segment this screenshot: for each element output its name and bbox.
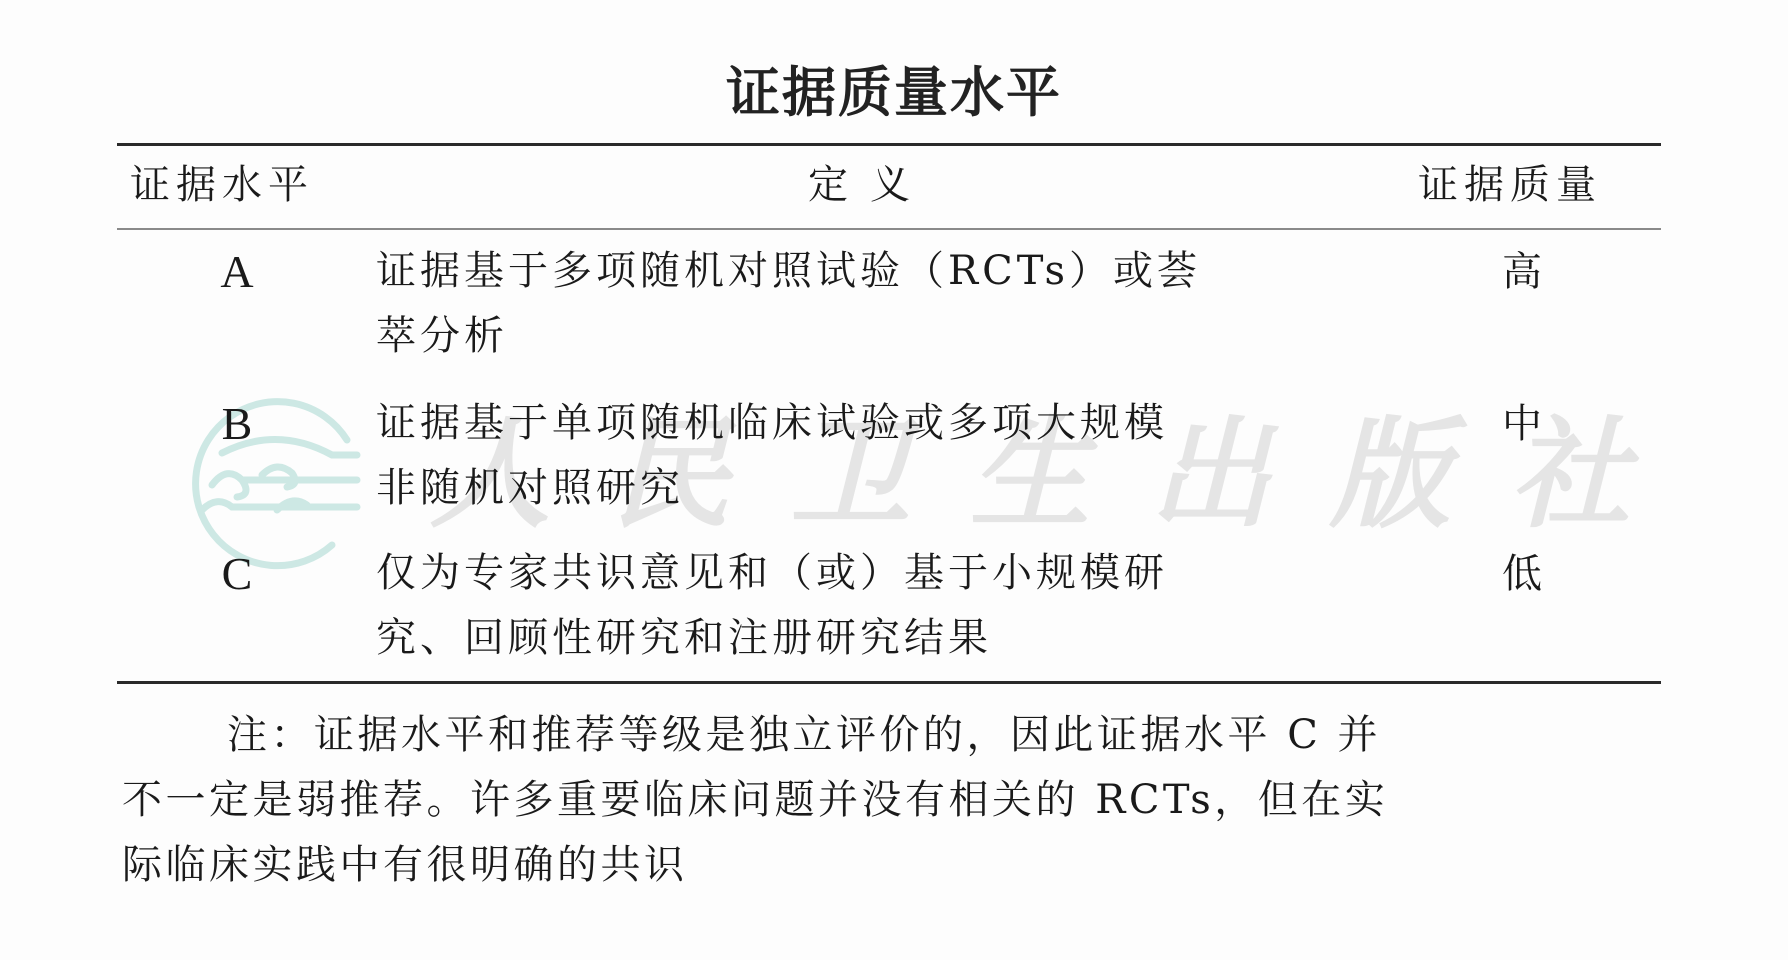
- evidence-quality-cell: 低: [1472, 549, 1572, 599]
- table-top-rule: [117, 143, 1661, 146]
- note-line: 注：证据水平和推荐等级是独立评价的，因此证据水平 C 并: [122, 703, 1662, 768]
- definition-line: 仅为专家共识意见和（或）基于小规模研: [376, 541, 1376, 606]
- definition-cell: 仅为专家共识意见和（或）基于小规模研 究、回顾性研究和注册研究结果: [376, 541, 1376, 671]
- column-header-evidence-quality: 证据质量: [1418, 160, 1602, 210]
- note-line: 不一定是弱推荐。许多重要临床问题并没有相关的 RCTs，但在实: [122, 768, 1662, 833]
- evidence-quality-cell: 中: [1472, 399, 1572, 449]
- evidence-level-cell: B: [187, 399, 287, 449]
- definition-line: 非随机对照研究: [376, 456, 1376, 521]
- definition-line: 证据基于多项随机对照试验（RCTs）或荟: [376, 239, 1376, 304]
- definition-line: 萃分析: [376, 304, 1376, 369]
- evidence-level-cell: C: [187, 549, 287, 599]
- definition-cell: 证据基于单项随机临床试验或多项大规模 非随机对照研究: [376, 391, 1376, 521]
- evidence-quality-cell: 高: [1472, 247, 1572, 297]
- definition-line: 证据基于单项随机临床试验或多项大规模: [376, 391, 1376, 456]
- table-note: 注：证据水平和推荐等级是独立评价的，因此证据水平 C 并 不一定是弱推荐。许多重…: [122, 703, 1662, 898]
- note-line: 际临床实践中有很明确的共识: [122, 833, 1662, 898]
- definition-line: 究、回顾性研究和注册研究结果: [376, 606, 1376, 671]
- table-bottom-rule: [117, 681, 1661, 684]
- table-header-rule: [117, 228, 1661, 230]
- definition-cell: 证据基于多项随机对照试验（RCTs）或荟 萃分析: [376, 239, 1376, 369]
- evidence-level-cell: A: [187, 247, 287, 297]
- page-title: 证据质量水平: [0, 58, 1788, 128]
